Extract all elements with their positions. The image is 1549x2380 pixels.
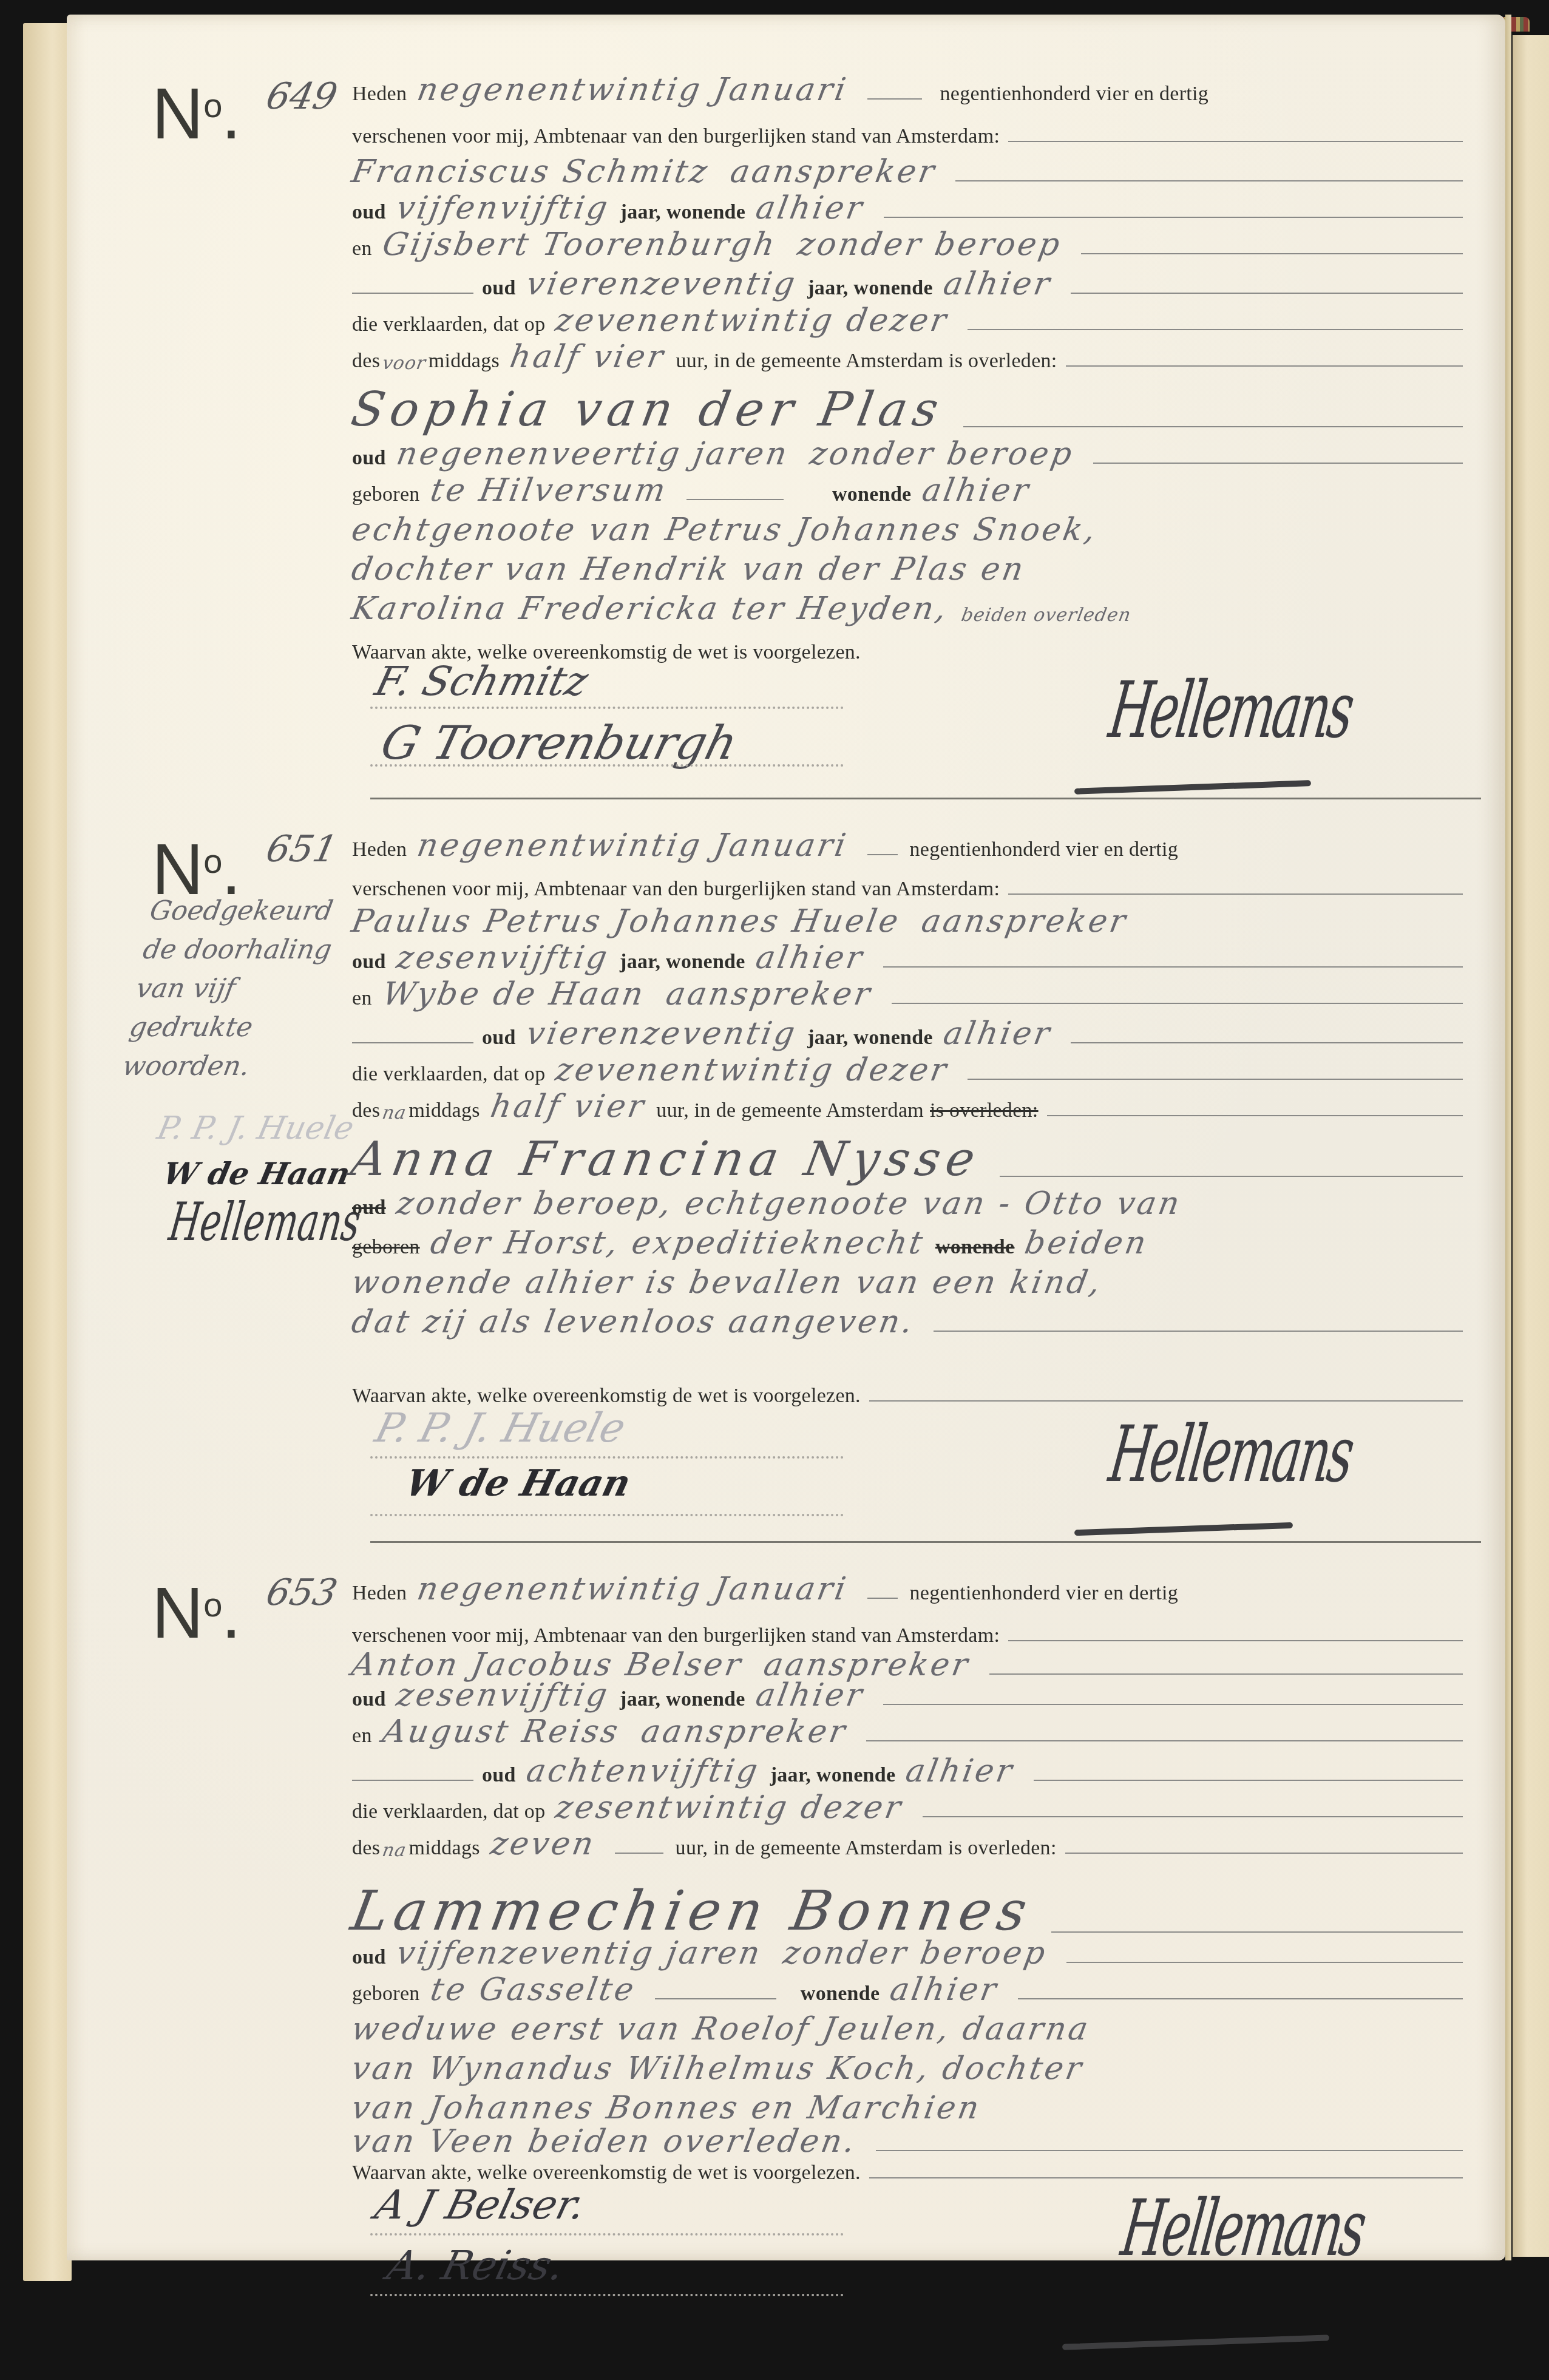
fill-rule xyxy=(615,1853,663,1854)
signature-declarant1: P. P. J. Huele xyxy=(370,1405,630,1451)
struck-overleden: is overleden: xyxy=(930,1099,1039,1122)
signature-line xyxy=(370,2294,844,2296)
entry-number: 653 xyxy=(263,1571,341,1614)
signature-flourish xyxy=(1074,1522,1293,1536)
underlying-page-edge xyxy=(23,23,72,2281)
margin-approval-note: Goedgekeurd de doorhaling van vijf gedru… xyxy=(120,892,354,1086)
entry-number: 649 xyxy=(263,75,341,118)
entry-separator xyxy=(370,798,1481,799)
facing-page-edge xyxy=(1513,35,1549,2257)
margin-note-line: woorden. xyxy=(120,1047,327,1086)
margin-note-line: de doorhaling xyxy=(140,931,347,969)
official-signature: Hellemans xyxy=(1105,665,1358,756)
entry-number-label: No. xyxy=(152,78,240,150)
margin-signature-de-haan: W de Haan xyxy=(160,1156,354,1192)
signature-declarant1: F. Schmitz xyxy=(370,658,592,705)
line-time: des na middags zeven uur, in de gemeente… xyxy=(352,1811,1463,1860)
signature-line xyxy=(370,2233,844,2236)
signature-line xyxy=(370,764,844,767)
part-of-day: na xyxy=(381,1842,408,1860)
line-heden: Heden negenentwintig Januari negentienho… xyxy=(352,57,1463,106)
no-sup: o xyxy=(203,1585,221,1624)
event-time: half vier xyxy=(507,341,668,373)
des-label: des xyxy=(352,350,380,373)
signature-declarant1: A J Belser. xyxy=(370,2182,590,2228)
entry-number: 651 xyxy=(263,828,341,870)
line-time: des voor middags half vier uur, in de ge… xyxy=(352,324,1463,373)
middags-label: middags xyxy=(408,1837,480,1860)
fill-rule xyxy=(1047,1115,1463,1116)
entry-number-label: No. xyxy=(152,1578,240,1649)
signature-flourish xyxy=(1062,2334,1329,2350)
line-waarvan: Waarvan akte, welke overeenkomstig de we… xyxy=(352,1359,1463,1408)
signature-flourish xyxy=(1074,780,1311,795)
official-signature: Hellemans xyxy=(1117,2183,1370,2273)
line-waarvan: Waarvan akte, welke overeenkomstig de we… xyxy=(352,615,1463,664)
middags-label: middags xyxy=(429,350,500,373)
signature-declarant2: G Toorenburgh xyxy=(376,716,743,770)
fill-rule xyxy=(1066,365,1463,367)
official-signature: Hellemans xyxy=(1105,1409,1358,1499)
fill-rule xyxy=(869,2177,1463,2178)
margin-signature-official: Hellemans xyxy=(166,1191,364,1253)
witness-signatures: P. P. J. Huele W de Haan xyxy=(370,1414,917,1535)
fill-rule xyxy=(934,1331,1463,1332)
part-of-day: voor xyxy=(381,354,428,373)
event-time: half vier xyxy=(488,1091,648,1122)
line-time: des na middags half vier uur, in de geme… xyxy=(352,1074,1463,1122)
overleden-label: uur, in de gemeente Amsterdam is overled… xyxy=(676,350,1057,373)
entry-separator xyxy=(370,1541,1481,1543)
signature-line xyxy=(370,1456,844,1459)
fill-rule xyxy=(869,1400,1463,1402)
witness-signatures: A J Belser. A. Reiss. xyxy=(370,2188,917,2309)
des-label: des xyxy=(352,1837,380,1860)
part-of-day: na xyxy=(381,1104,408,1122)
no-sup: o xyxy=(203,842,221,880)
line-heden: Heden negenentwintig Januari negentienho… xyxy=(352,1556,1463,1605)
event-time: zeven xyxy=(488,1828,598,1860)
no-label: N xyxy=(152,74,202,154)
page-gutter xyxy=(1505,15,1511,2260)
no-sup: o xyxy=(203,86,221,124)
margin-note-line: van vijf xyxy=(133,969,340,1008)
line-body-4: dat zij als levenloos aangeven. xyxy=(352,1289,1463,1338)
overleden-label: uur, in de gemeente Amsterdam is overled… xyxy=(676,1837,1057,1860)
register-page: No. 649 Heden negenentwintig Januari neg… xyxy=(67,15,1505,2260)
middags-label: middags xyxy=(408,1099,480,1122)
signature-declarant2: W de Haan xyxy=(401,1462,635,1505)
margin-note-line: gedrukte xyxy=(126,1008,333,1047)
des-label: des xyxy=(352,1099,380,1122)
fill-rule xyxy=(1065,1853,1463,1854)
body-text: dat zij als levenloos aangeven. xyxy=(349,1306,917,1338)
signature-line xyxy=(370,707,844,709)
witness-signatures: F. Schmitz G Toorenburgh xyxy=(370,664,917,785)
signature-declarant2: A. Reiss. xyxy=(382,2242,569,2289)
uur-gemeente-label: uur, in de gemeente Amsterdam xyxy=(656,1099,924,1122)
signature-line xyxy=(370,1514,844,1516)
no-label: N xyxy=(152,1573,202,1653)
margin-signature-huele: P. P. J. Huele xyxy=(154,1110,358,1147)
line-waarvan: Waarvan akte, welke overeenkomstig de we… xyxy=(352,2136,1463,2185)
margin-note-line: Goedgekeurd xyxy=(147,892,354,931)
